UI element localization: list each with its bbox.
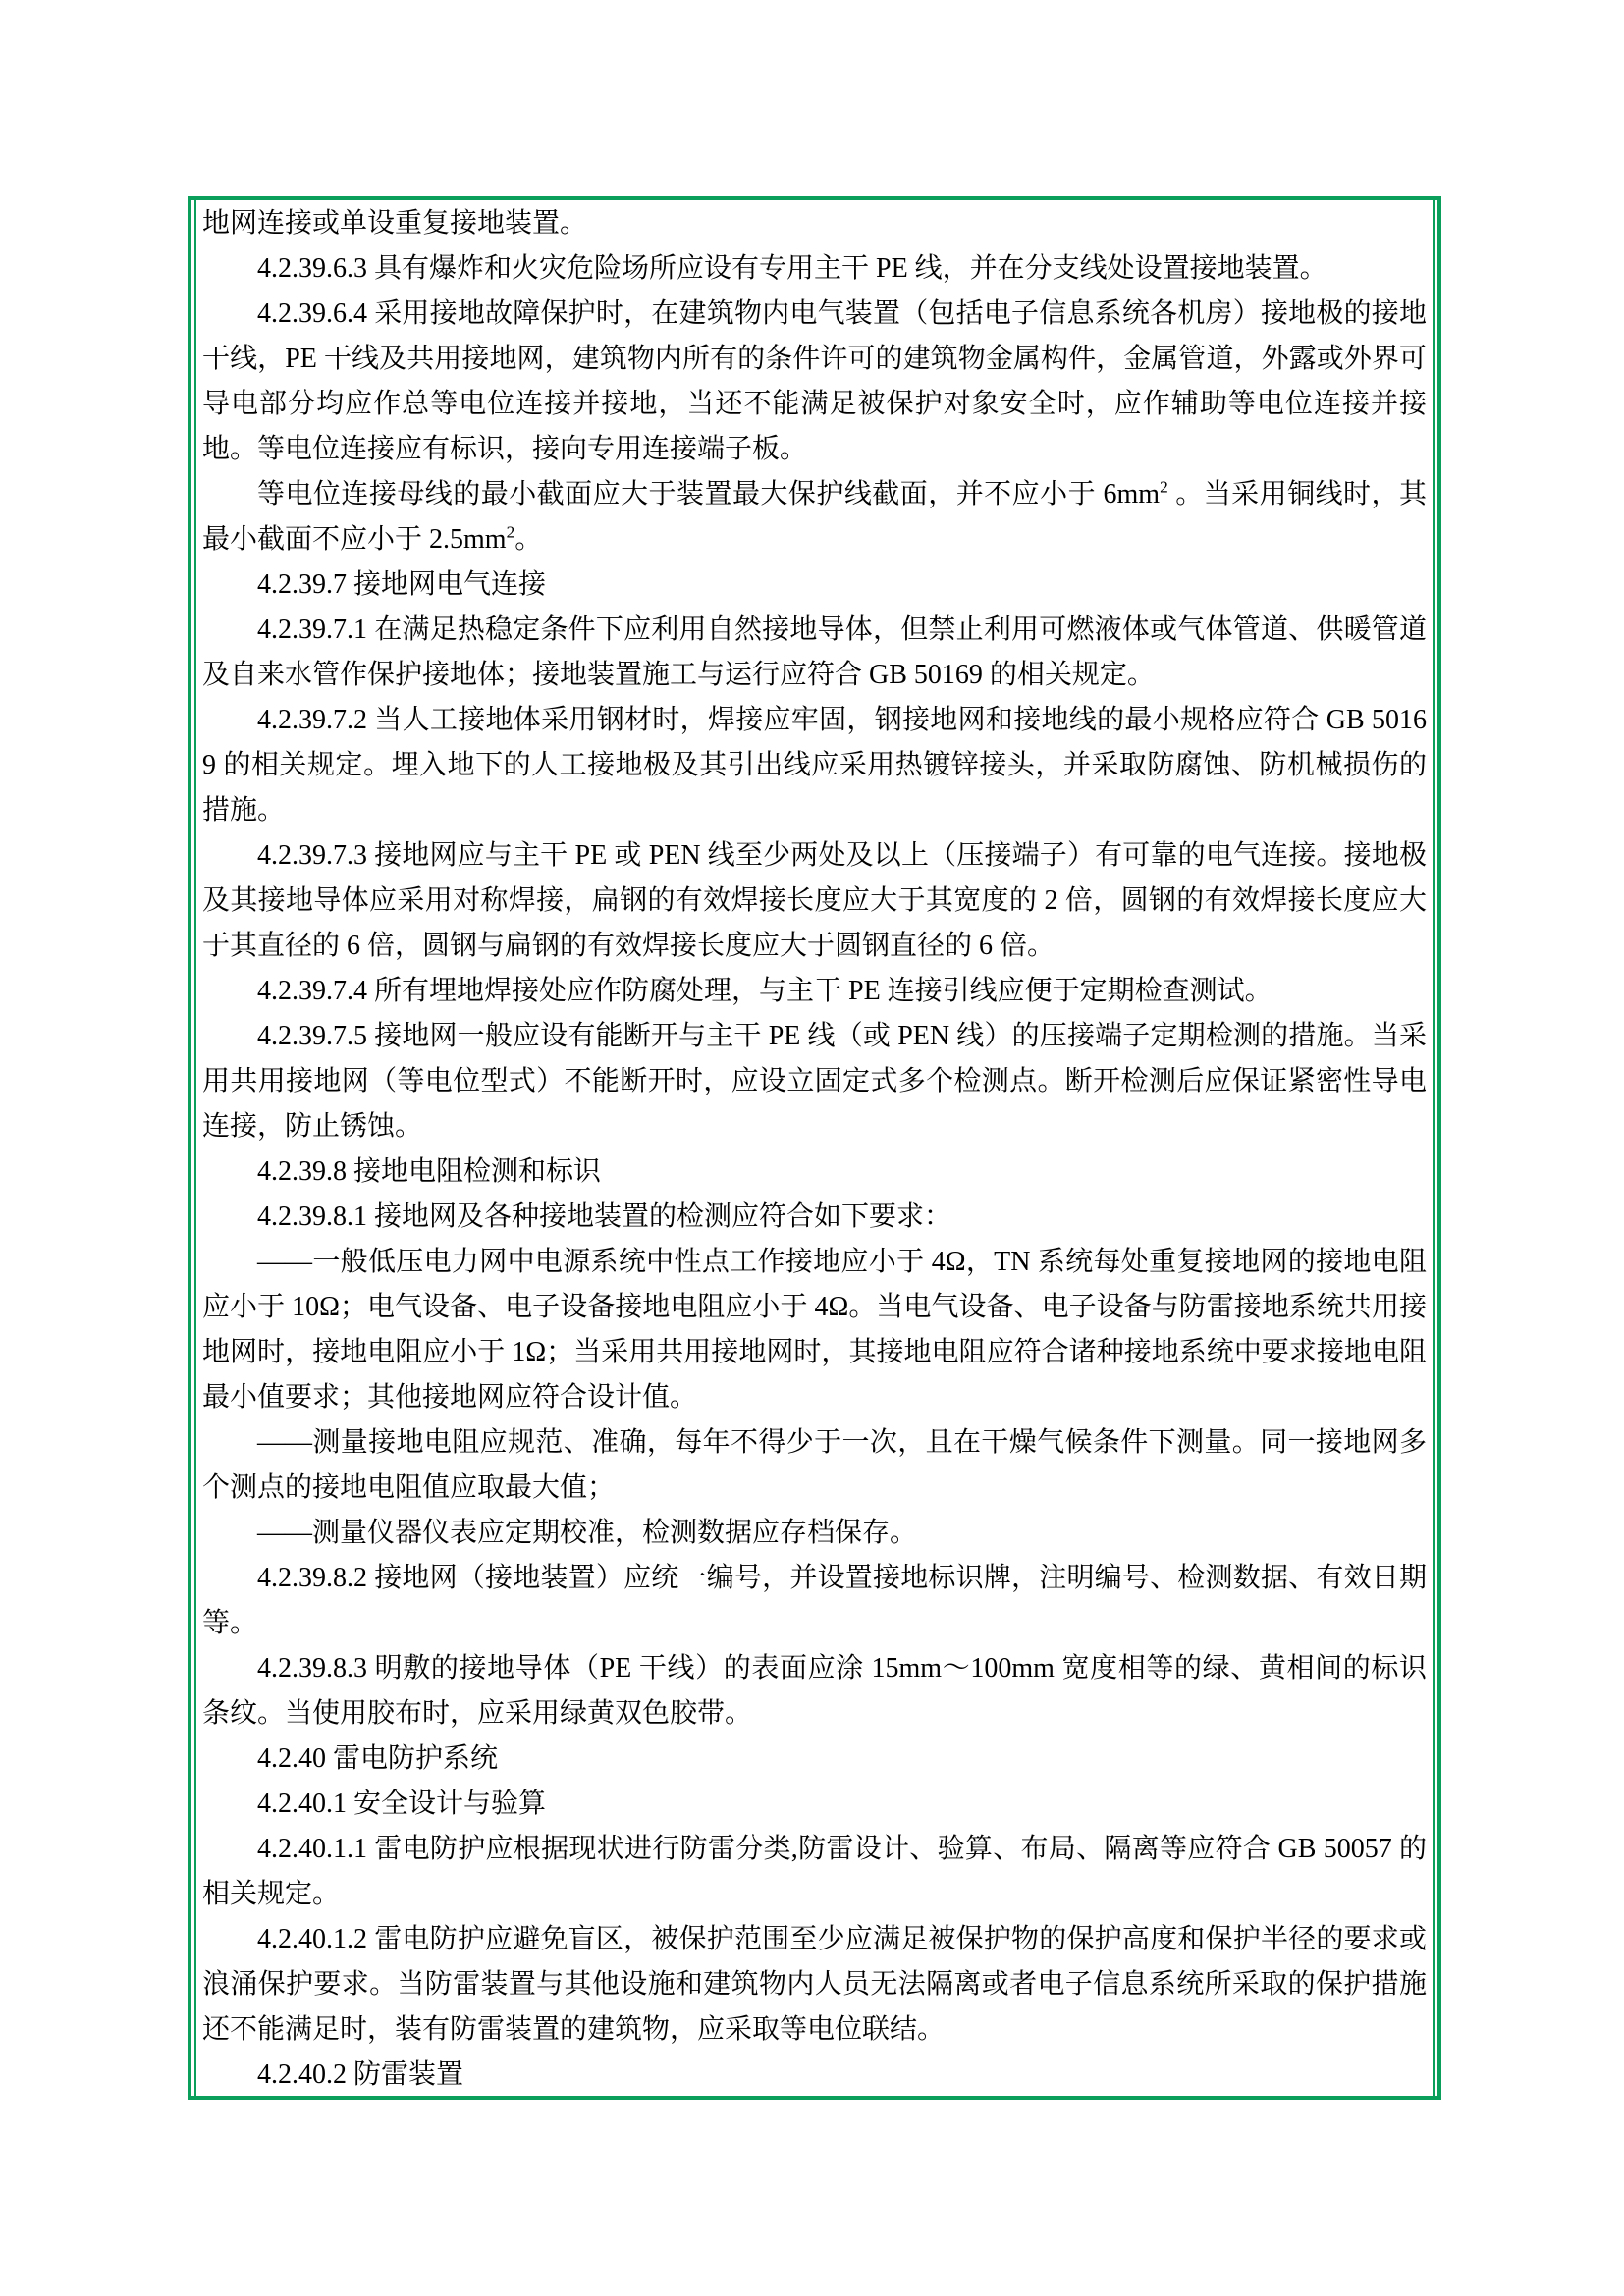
paragraph: 4.2.40.1 安全设计与验算 — [202, 1782, 1427, 1827]
paragraph: 4.2.39.7.4 所有埋地焊接处应作防腐处理，与主干 PE 连接引线应便于定… — [202, 969, 1427, 1014]
paragraph: 4.2.39.6.3 具有爆炸和火灾危险场所应设有专用主干 PE 线，并在分支线… — [202, 246, 1427, 292]
paragraph: 4.2.39.7.1 在满足热稳定条件下应利用自然接地导体，但禁止利用可燃液体或… — [202, 608, 1427, 698]
paragraph: ——一般低压电力网中电源系统中性点工作接地应小于 4Ω，TN 系统每处重复接地网… — [202, 1240, 1427, 1420]
paragraph: 4.2.40.2 防雷装置 — [202, 2053, 1427, 2096]
paragraph: 等电位连接母线的最小截面应大于装置最大保护线截面，并不应小于 6mm2 。当采用… — [202, 472, 1427, 562]
content-table-border: 地网连接或单设重复接地装置。4.2.39.6.3 具有爆炸和火灾危险场所应设有专… — [188, 196, 1441, 2100]
paragraph: 4.2.39.8 接地电阻检测和标识 — [202, 1149, 1427, 1195]
paragraph: 地网连接或单设重复接地装置。 — [202, 201, 1427, 246]
paragraph: 4.2.40 雷电防护系统 — [202, 1736, 1427, 1782]
text-run: 。 — [514, 524, 542, 555]
paragraph: 4.2.39.8.3 明敷的接地导体（PE 干线）的表面应涂 15mm～100m… — [202, 1646, 1427, 1736]
paragraph: 4.2.39.7.3 接地网应与主干 PE 或 PEN 线至少两处及以上（压接端… — [202, 833, 1427, 969]
text-run: 等电位连接母线的最小截面应大于装置最大保护线截面，并不应小于 6mm — [257, 479, 1160, 509]
paragraph: ——测量仪器仪表应定期校准，检测数据应存档保存。 — [202, 1511, 1427, 1556]
paragraph: 4.2.40.1.2 雷电防护应避免盲区，被保护范围至少应满足被保护物的保护高度… — [202, 1917, 1427, 2053]
paragraph: 4.2.39.7 接地网电气连接 — [202, 562, 1427, 608]
paragraph: 4.2.40.1.1 雷电防护应根据现状进行防雷分类,防雷设计、验算、布局、隔离… — [202, 1827, 1427, 1917]
paragraph: 4.2.39.7.2 当人工接地体采用钢材时，焊接应牢固，钢接地网和接地线的最小… — [202, 698, 1427, 833]
superscript: 2 — [1160, 478, 1168, 497]
superscript: 2 — [507, 523, 515, 542]
document-body: 地网连接或单设重复接地装置。4.2.39.6.3 具有爆炸和火灾危险场所应设有专… — [194, 200, 1435, 2096]
paragraph: 4.2.39.8.1 接地网及各种接地装置的检测应符合如下要求： — [202, 1195, 1427, 1240]
paragraph: 4.2.39.8.2 接地网（接地装置）应统一编号，并设置接地标识牌，注明编号、… — [202, 1556, 1427, 1646]
paragraph: 4.2.39.7.5 接地网一般应设有能断开与主干 PE 线（或 PEN 线）的… — [202, 1014, 1427, 1149]
paragraph: ——测量接地电阻应规范、准确，每年不得少于一次，且在干燥气候条件下测量。同一接地… — [202, 1420, 1427, 1511]
paragraph: 4.2.39.6.4 采用接地故障保护时，在建筑物内电气装置（包括电子信息系统各… — [202, 292, 1427, 472]
